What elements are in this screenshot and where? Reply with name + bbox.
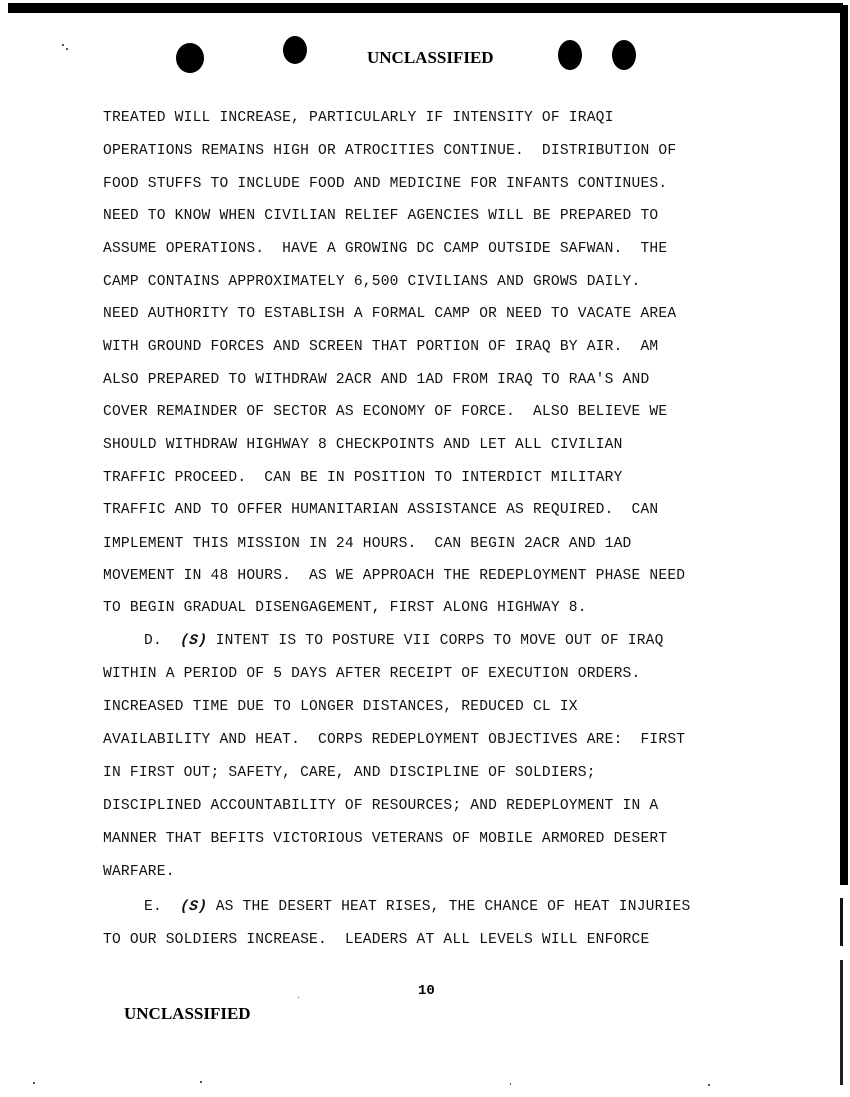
classification-mark-struck: (S) [178, 899, 209, 915]
punch-hole-dot [283, 36, 307, 64]
footer-classification: UNCLASSIFIED [124, 1004, 251, 1024]
punch-hole-dot [558, 40, 582, 70]
body-line: ALSO PREPARED TO WITHDRAW 2ACR AND 1AD F… [103, 372, 649, 388]
page-right-border-segment [840, 960, 843, 1085]
body-line: WARFARE. [103, 864, 175, 880]
scan-speck [33, 1082, 35, 1084]
body-line: NEED TO KNOW WHEN CIVILIAN RELIEF AGENCI… [103, 208, 658, 224]
body-line: TREATED WILL INCREASE, PARTICULARLY IF I… [103, 110, 614, 126]
body-line: TO OUR SOLDIERS INCREASE. LEADERS AT ALL… [103, 932, 649, 948]
paragraph-e-first-line: AS THE DESERT HEAT RISES, THE CHANCE OF … [216, 899, 691, 915]
body-line: TO BEGIN GRADUAL DISENGAGEMENT, FIRST AL… [103, 600, 587, 616]
scan-speck [66, 48, 68, 50]
header-classification: UNCLASSIFIED [367, 48, 494, 68]
scan-speck [708, 1084, 710, 1086]
body-line: WITH GROUND FORCES AND SCREEN THAT PORTI… [103, 339, 658, 355]
body-line: IN FIRST OUT; SAFETY, CARE, AND DISCIPLI… [103, 765, 596, 781]
punch-hole-dot [612, 40, 636, 70]
body-line: IMPLEMENT THIS MISSION IN 24 HOURS. CAN … [103, 536, 632, 552]
scan-speck [62, 44, 64, 46]
body-line: OPERATIONS REMAINS HIGH OR ATROCITIES CO… [103, 143, 676, 159]
paragraph-d-heading: D. (S) INTENT IS TO POSTURE VII CORPS TO… [144, 633, 664, 649]
page-number: 10 [418, 983, 435, 999]
classification-mark-struck: (S) [178, 633, 209, 649]
body-line: MOVEMENT IN 48 HOURS. AS WE APPROACH THE… [103, 568, 685, 584]
body-line: ASSUME OPERATIONS. HAVE A GROWING DC CAM… [103, 241, 667, 257]
page-right-border-segment [840, 898, 843, 946]
body-line: FOOD STUFFS TO INCLUDE FOOD AND MEDICINE… [103, 176, 667, 192]
body-line: COVER REMAINDER OF SECTOR AS ECONOMY OF … [103, 404, 667, 420]
scan-speck [510, 1083, 511, 1085]
body-line: TRAFFIC AND TO OFFER HUMANITARIAN ASSIST… [103, 502, 658, 518]
punch-hole-dot [176, 43, 204, 73]
paragraph-d-label: D. [144, 633, 162, 649]
page-right-border [840, 5, 848, 885]
scan-speck [200, 1081, 202, 1083]
body-line: TRAFFIC PROCEED. CAN BE IN POSITION TO I… [103, 470, 623, 486]
page-top-border [8, 3, 843, 13]
paragraph-e-heading: E. (S) AS THE DESERT HEAT RISES, THE CHA… [144, 899, 690, 915]
body-line: CAMP CONTAINS APPROXIMATELY 6,500 CIVILI… [103, 274, 640, 290]
body-line: AVAILABILITY AND HEAT. CORPS REDEPLOYMEN… [103, 732, 685, 748]
paragraph-e-label: E. [144, 899, 162, 915]
body-line: NEED AUTHORITY TO ESTABLISH A FORMAL CAM… [103, 306, 676, 322]
body-line: INCREASED TIME DUE TO LONGER DISTANCES, … [103, 699, 578, 715]
body-line: MANNER THAT BEFITS VICTORIOUS VETERANS O… [103, 831, 667, 847]
scan-speck [298, 997, 299, 998]
body-line: WITHIN A PERIOD OF 5 DAYS AFTER RECEIPT … [103, 666, 640, 682]
body-line: DISCIPLINED ACCOUNTABILITY OF RESOURCES;… [103, 798, 658, 814]
paragraph-d-first-line: INTENT IS TO POSTURE VII CORPS TO MOVE O… [216, 633, 664, 649]
body-line: SHOULD WITHDRAW HIGHWAY 8 CHECKPOINTS AN… [103, 437, 623, 453]
